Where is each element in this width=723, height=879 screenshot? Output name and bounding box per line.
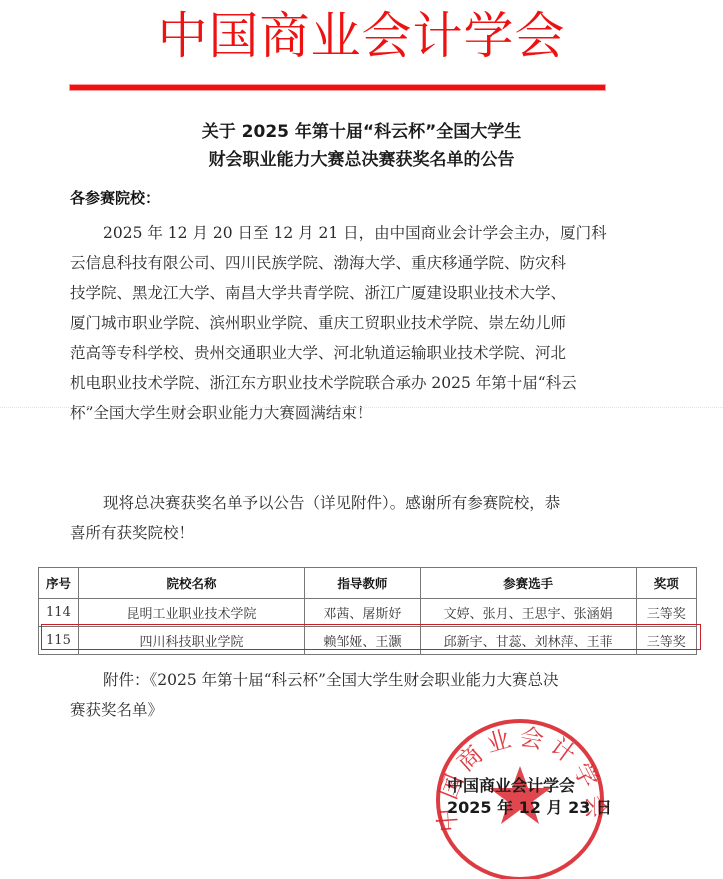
paragraph-thanks: 现将总决赛获奖名单予以公告（详见附件）。感谢所有参赛院校，恭 喜所有获奖院校！ — [70, 488, 650, 548]
masthead-org-name: 中国商业会计学会 — [0, 4, 723, 68]
paragraph-line: 喜所有获奖院校！ — [70, 518, 650, 548]
paragraph-line: 2025 年 12 月 20 日至 12 月 21 日，由中国商业会计学会主办，… — [70, 218, 650, 248]
paragraph-line: 范高等专科学校、贵州交通职业大学、河北轨道运输职业技术学院、河北 — [70, 338, 650, 368]
salutation: 各参赛院校： — [70, 187, 160, 208]
paragraph-line: 机电职业技术学院、浙江东方职业技术学院联合承办 2025 年第十届“科云 — [70, 368, 650, 398]
notice-title-line1: 关于 2025 年第十届“科云杯”全国大学生 — [0, 117, 723, 142]
cell-school: 四川科技职业学院 — [78, 627, 304, 655]
paragraph-line: 现将总决赛获奖名单予以公告（详见附件）。感谢所有参赛院校，恭 — [70, 488, 650, 518]
paragraph-line: 厦门城市职业学院、滨州职业学院、重庆工贸职业技术学院、崇左幼儿师 — [70, 308, 650, 338]
table-row: 114 昆明工业职业技术学院 邓茜、屠斯妤 文婷、张月、王思宇、张涵娟 三等奖 — [39, 599, 697, 627]
header-no: 序号 — [39, 568, 79, 599]
notice-title-line2: 财会职业能力大赛总决赛获奖名单的公告 — [0, 145, 723, 170]
paragraph-line: 杯”全国大学生财会职业能力大赛圆满结束！ — [70, 398, 650, 428]
table-row-highlighted: 115 四川科技职业学院 赖邹娅、王灏 邱新宇、甘蕊、刘林萍、王菲 三等奖 — [39, 627, 697, 655]
signature-date: 2025 年 12 月 23 日 — [447, 795, 612, 818]
awards-table: 序号 院校名称 指导教师 参赛选手 奖项 114 昆明工业职业技术学院 邓茜、屠… — [38, 567, 697, 655]
cell-no: 114 — [39, 599, 79, 627]
cell-no: 115 — [39, 627, 79, 655]
attachment-line: 附件：《2025 年第十届“科云杯”全国大学生财会职业能力大赛总决 — [70, 665, 670, 695]
cell-players: 文婷、张月、王思宇、张涵娟 — [420, 599, 636, 627]
header-school: 院校名称 — [78, 568, 304, 599]
cell-teachers: 赖邹娅、王灏 — [305, 627, 421, 655]
header-award: 奖项 — [636, 568, 696, 599]
signature-org: 中国商业会计学会 — [447, 773, 575, 796]
page-break-line — [0, 407, 723, 408]
cell-players: 邱新宇、甘蕊、刘林萍、王菲 — [420, 627, 636, 655]
cell-award: 三等奖 — [636, 627, 696, 655]
paragraph-line: 云信息科技有限公司、四川民族学院、渤海大学、重庆移通学院、防灾科 — [70, 248, 650, 278]
header-players: 参赛选手 — [420, 568, 636, 599]
cell-school: 昆明工业职业技术学院 — [78, 599, 304, 627]
cell-award: 三等奖 — [636, 599, 696, 627]
table-header-row: 序号 院校名称 指导教师 参赛选手 奖项 — [39, 568, 697, 599]
header-teacher: 指导教师 — [305, 568, 421, 599]
cell-teachers: 邓茜、屠斯妤 — [305, 599, 421, 627]
red-divider — [70, 85, 605, 90]
paragraph-line: 技学院、黑龙江大学、南昌大学共青学院、浙江广厦建设职业技术大学、 — [70, 278, 650, 308]
paragraph-announcement: 2025 年 12 月 20 日至 12 月 21 日，由中国商业会计学会主办，… — [70, 218, 650, 428]
